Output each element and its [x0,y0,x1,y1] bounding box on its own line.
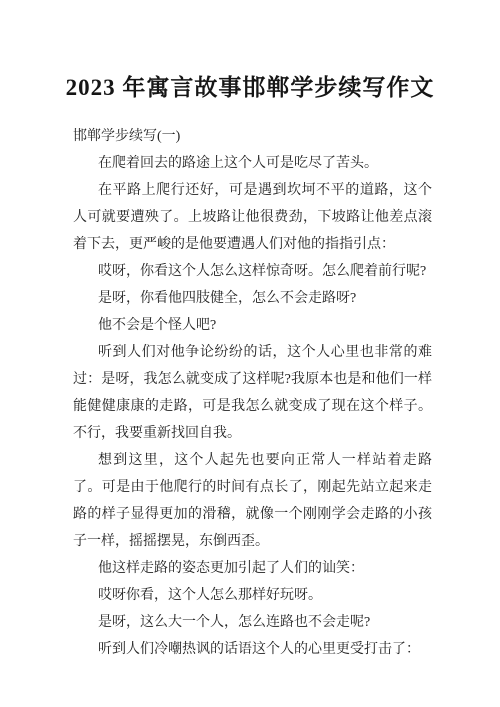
paragraph: 哎呀，你看这个人怎么这样惊奇呀。怎么爬着前行呢? [73,258,432,285]
paragraph: 他不会是个怪人吧? [73,312,432,339]
document-title: 2023 年寓言故事邯郸学步续写作文 [0,0,500,103]
paragraph: 听到人们对他争论纷纷的话，这个人心里也非常的难过：是呀，我怎么就变成了这样呢?我… [73,339,432,447]
paragraph: 听到人们冷嘲热讽的话语这个人的心里更受打击了： [73,636,432,663]
document-page: 2023 年寓言故事邯郸学步续写作文 邯郸学步续写(一) 在爬着回去的路途上这个… [0,0,500,707]
document-subtitle: 邯郸学步续写(一) [73,123,432,150]
document-body: 邯郸学步续写(一) 在爬着回去的路途上这个人可是吃尽了苦头。 在平路上爬行还好，… [73,123,432,663]
paragraph: 他这样走路的姿态更加引起了人们的讪笑： [73,555,432,582]
paragraph: 在平路上爬行还好，可是遇到坎坷不平的道路，这个人可就要遭殃了。上坡路让他很费劲，… [73,177,432,258]
paragraph: 在爬着回去的路途上这个人可是吃尽了苦头。 [73,150,432,177]
paragraph: 是呀，你看他四肢健全，怎么不会走路呀? [73,285,432,312]
paragraph: 是呀，这么大一个人，怎么连路也不会走呢? [73,609,432,636]
paragraph: 哎呀你看，这个人怎么那样好玩呀。 [73,582,432,609]
paragraph: 想到这里，这个人起先也要向正常人一样站着走路了。可是由于他爬行的时间有点长了，刚… [73,447,432,555]
